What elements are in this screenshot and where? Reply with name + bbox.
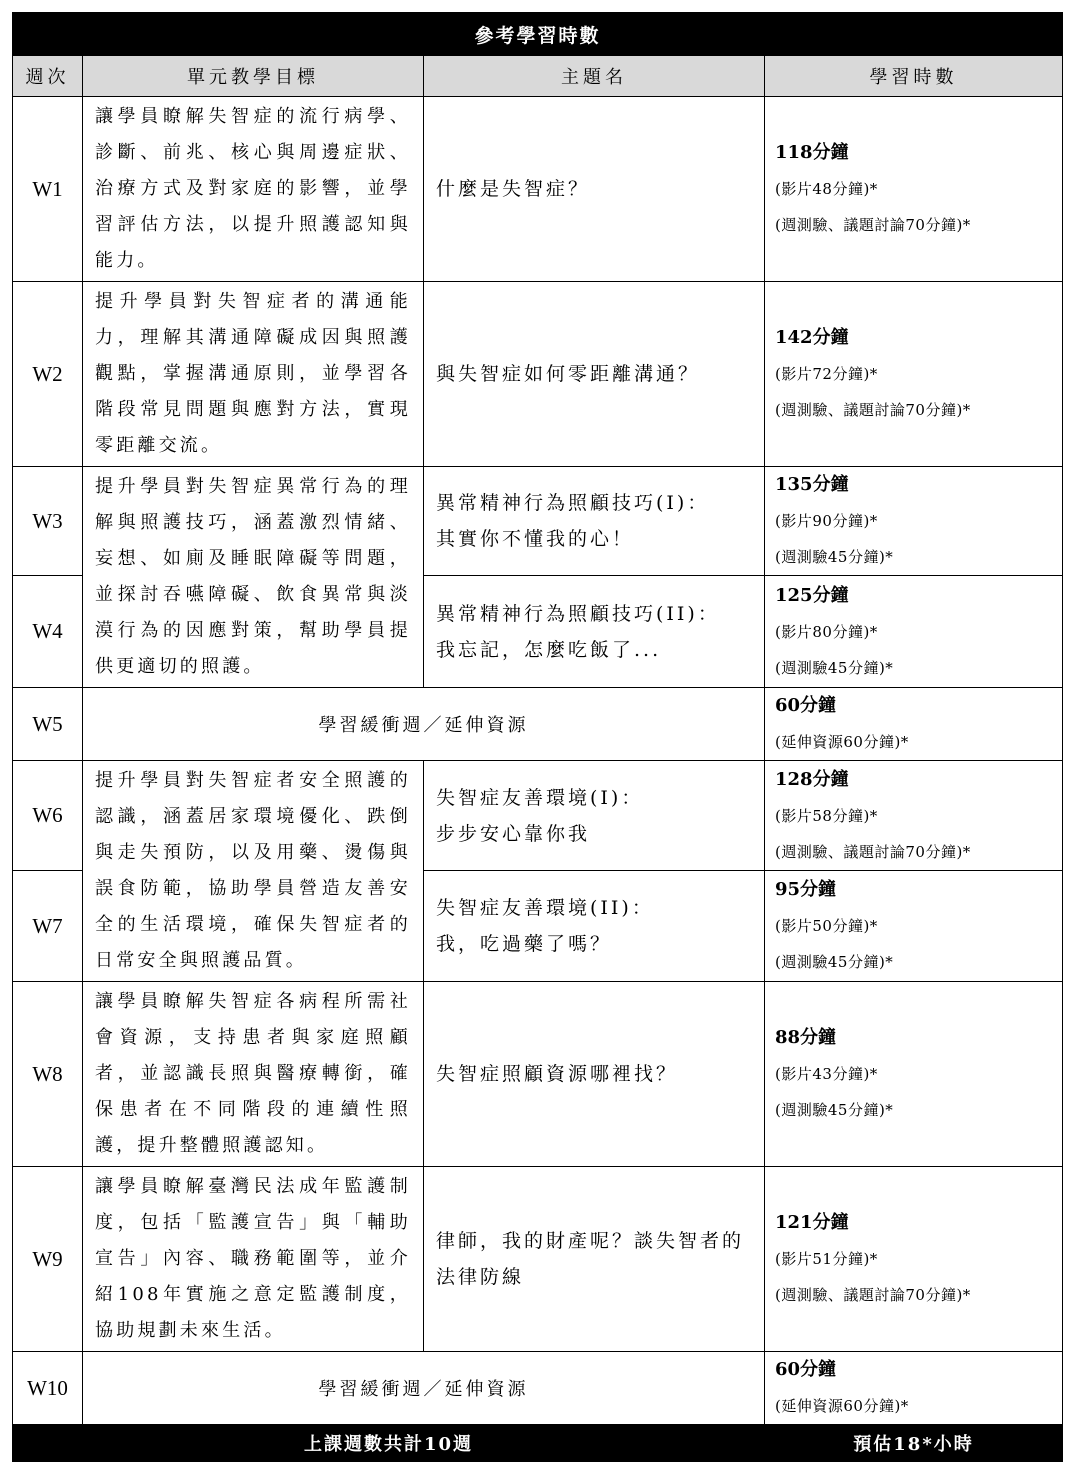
hours-cell: 125分鐘 (影片80分鐘)* (週測驗45分鐘)* [765, 576, 1063, 688]
hours-total: 95分鐘 [775, 872, 1052, 908]
topic-line: 異常精神行為照顧技巧(II)： [436, 596, 752, 632]
hours-detail: (週測驗、議題討論70分鐘)* [775, 834, 1052, 870]
topic-cell: 失智症照顧資源哪裡找？ [424, 982, 765, 1167]
hours-cell: 60分鐘 (延伸資源60分鐘)* [765, 688, 1063, 761]
hours-detail: (影片90分鐘)* [775, 503, 1052, 539]
week-cell: W2 [13, 282, 83, 467]
week-cell: W3 [13, 467, 83, 576]
table-row: W10 學習緩衝週／延伸資源 60分鐘 (延伸資源60分鐘)* [13, 1352, 1063, 1425]
hours-detail: (週測驗45分鐘)* [775, 539, 1052, 575]
topic-cell: 失智症友善環境(II)： 我，吃過藥了嗎？ [424, 871, 765, 982]
table-header-row: 週次 單元教學目標 主題名 學習時數 [13, 56, 1063, 97]
hours-detail: (週測驗、議題討論70分鐘)* [775, 207, 1052, 243]
topic-line: 失智症友善環境(II)： [436, 890, 752, 926]
goal-cell: 提升學員對失智症者的溝通能力，理解其溝通障礙成因與照護觀點，掌握溝通原則，並學習… [83, 282, 424, 467]
table-row: W9 讓學員瞭解臺灣民法成年監護制度，包括「監護宣告」與「輔助宣告」內容、職務範… [13, 1167, 1063, 1352]
hours-detail: (影片72分鐘)* [775, 356, 1052, 392]
topic-cell: 與失智症如何零距離溝通？ [424, 282, 765, 467]
hours-total: 60分鐘 [775, 688, 1052, 724]
goal-cell: 讓學員瞭解臺灣民法成年監護制度，包括「監護宣告」與「輔助宣告」內容、職務範圍等，… [83, 1167, 424, 1352]
hours-detail: (影片43分鐘)* [775, 1056, 1052, 1092]
header-week: 週次 [13, 56, 83, 97]
topic-line: 其實你不懂我的心！ [436, 521, 752, 557]
table-row: W3 提升學員對失智症異常行為的理解與照護技巧，涵蓋激烈情緒、妄想、如廁及睡眠障… [13, 467, 1063, 576]
hours-cell: 95分鐘 (影片50分鐘)* (週測驗45分鐘)* [765, 871, 1063, 982]
header-goal: 單元教學目標 [83, 56, 424, 97]
week-cell: W6 [13, 761, 83, 871]
hours-total: 142分鐘 [775, 320, 1052, 356]
goal-cell: 讓學員瞭解失智症各病程所需社會資源，支持患者與家庭照顧者，並認識長照與醫療轉銜，… [83, 982, 424, 1167]
hours-cell: 135分鐘 (影片90分鐘)* (週測驗45分鐘)* [765, 467, 1063, 576]
learning-hours-table: 參考學習時數 週次 單元教學目標 主題名 學習時數 W1 讓學員瞭解失智症的流行… [12, 12, 1063, 1462]
goal-cell: 提升學員對失智症異常行為的理解與照護技巧，涵蓋激烈情緒、妄想、如廁及睡眠障礙等問… [83, 467, 424, 688]
table-row: W2 提升學員對失智症者的溝通能力，理解其溝通障礙成因與照護觀點，掌握溝通原則，… [13, 282, 1063, 467]
hours-detail: (延伸資源60分鐘)* [775, 1388, 1052, 1424]
topic-cell: 什麼是失智症？ [424, 97, 765, 282]
hours-detail: (影片58分鐘)* [775, 798, 1052, 834]
hours-detail: (週測驗、議題討論70分鐘)* [775, 1277, 1052, 1313]
week-cell: W9 [13, 1167, 83, 1352]
hours-total: 125分鐘 [775, 578, 1052, 614]
hours-detail: (影片51分鐘)* [775, 1241, 1052, 1277]
goal-cell: 提升學員對失智症者安全照護的認識，涵蓋居家環境優化、跌倒與走失預防，以及用藥、燙… [83, 761, 424, 982]
topic-line: 我忘記，怎麼吃飯了... [436, 632, 752, 668]
hours-detail: (週測驗45分鐘)* [775, 944, 1052, 980]
topic-cell: 律師，我的財產呢？談失智者的法律防線 [424, 1167, 765, 1352]
topic-line: 異常精神行為照顧技巧(I)： [436, 485, 752, 521]
total-weeks: 上課週數共計10週 [13, 1425, 765, 1462]
buffer-week-cell: 學習緩衝週／延伸資源 [83, 688, 765, 761]
topic-cell: 異常精神行為照顧技巧(II)： 我忘記，怎麼吃飯了... [424, 576, 765, 688]
week-cell: W10 [13, 1352, 83, 1425]
hours-detail: (週測驗45分鐘)* [775, 650, 1052, 686]
hours-detail: (影片50分鐘)* [775, 908, 1052, 944]
hours-total: 60分鐘 [775, 1352, 1052, 1388]
hours-cell: 118分鐘 (影片48分鐘)* (週測驗、議題討論70分鐘)* [765, 97, 1063, 282]
hours-cell: 128分鐘 (影片58分鐘)* (週測驗、議題討論70分鐘)* [765, 761, 1063, 871]
table-footer-row: 上課週數共計10週 預估18*小時 [13, 1425, 1063, 1462]
week-cell: W5 [13, 688, 83, 761]
hours-cell: 121分鐘 (影片51分鐘)* (週測驗、議題討論70分鐘)* [765, 1167, 1063, 1352]
table-title: 參考學習時數 [13, 13, 1063, 56]
table-row: W5 學習緩衝週／延伸資源 60分鐘 (延伸資源60分鐘)* [13, 688, 1063, 761]
week-cell: W4 [13, 576, 83, 688]
topic-cell: 失智症友善環境(I)： 步步安心靠你我 [424, 761, 765, 871]
table-row: W8 讓學員瞭解失智症各病程所需社會資源，支持患者與家庭照顧者，並認識長照與醫療… [13, 982, 1063, 1167]
hours-detail: (影片80分鐘)* [775, 614, 1052, 650]
hours-total: 88分鐘 [775, 1020, 1052, 1056]
table-title-row: 參考學習時數 [13, 13, 1063, 56]
week-cell: W7 [13, 871, 83, 982]
week-cell: W1 [13, 97, 83, 282]
hours-detail: (週測驗、議題討論70分鐘)* [775, 392, 1052, 428]
goal-cell: 讓學員瞭解失智症的流行病學、診斷、前兆、核心與周邊症狀、治療方式及對家庭的影響，… [83, 97, 424, 282]
topic-cell: 異常精神行為照顧技巧(I)： 其實你不懂我的心！ [424, 467, 765, 576]
header-topic: 主題名 [424, 56, 765, 97]
total-hours: 預估18*小時 [765, 1425, 1063, 1462]
hours-total: 128分鐘 [775, 762, 1052, 798]
hours-cell: 88分鐘 (影片43分鐘)* (週測驗45分鐘)* [765, 982, 1063, 1167]
topic-line: 步步安心靠你我 [436, 816, 752, 852]
topic-line: 失智症友善環境(I)： [436, 780, 752, 816]
hours-detail: (延伸資源60分鐘)* [775, 724, 1052, 760]
header-hours: 學習時數 [765, 56, 1063, 97]
hours-detail: (影片48分鐘)* [775, 171, 1052, 207]
topic-line: 我，吃過藥了嗎？ [436, 926, 752, 962]
hours-cell: 60分鐘 (延伸資源60分鐘)* [765, 1352, 1063, 1425]
table-row: W1 讓學員瞭解失智症的流行病學、診斷、前兆、核心與周邊症狀、治療方式及對家庭的… [13, 97, 1063, 282]
buffer-week-cell: 學習緩衝週／延伸資源 [83, 1352, 765, 1425]
hours-total: 135分鐘 [775, 467, 1052, 503]
hours-total: 121分鐘 [775, 1205, 1052, 1241]
table-row: W6 提升學員對失智症者安全照護的認識，涵蓋居家環境優化、跌倒與走失預防，以及用… [13, 761, 1063, 871]
week-cell: W8 [13, 982, 83, 1167]
hours-detail: (週測驗45分鐘)* [775, 1092, 1052, 1128]
hours-total: 118分鐘 [775, 135, 1052, 171]
hours-cell: 142分鐘 (影片72分鐘)* (週測驗、議題討論70分鐘)* [765, 282, 1063, 467]
